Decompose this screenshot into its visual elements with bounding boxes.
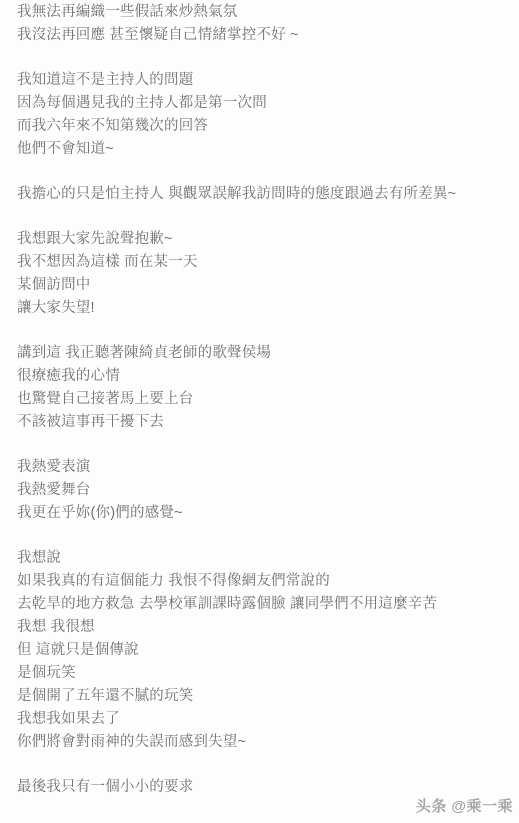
text-line: 我想跟大家先說聲抱歉~ xyxy=(17,228,509,251)
text-line: 不該被這事再干擾下去 xyxy=(17,411,509,434)
text-line: 講到這 我正聽著陳綺貞老師的歌聲侯場 xyxy=(17,342,509,365)
paragraph: 我知道這不是主持人的問題 因為每個遇見我的主持人都是第一次問 而我六年來不知第幾… xyxy=(17,69,509,161)
text-line: 他們不會知道~ xyxy=(17,138,509,161)
paragraph: 我想說 如果我真的有這個能力 我恨不得像網友們常說的 去乾旱的地方救急 去學校軍… xyxy=(17,547,509,754)
text-line: 也驚覺自己接著馬上要上台 xyxy=(17,388,509,411)
text-line: 是個開了五年還不膩的玩笑 xyxy=(17,685,509,708)
text-line: 讓大家失望! xyxy=(17,297,509,320)
text-line: 因為每個遇見我的主持人都是第一次問 xyxy=(17,92,509,115)
paragraph: 我想跟大家先說聲抱歉~ 我不想因為這樣 而在某一天 某個訪問中 讓大家失望! xyxy=(17,228,509,320)
watermark-text: 头条 @乘一乘 xyxy=(416,798,513,815)
text-line: 但 這就只是個傳說 xyxy=(17,639,509,662)
text-line: 你們將會對雨神的失誤而感到失望~ xyxy=(17,731,509,754)
post-text: 我無法再編織一些假話來炒熱氣氛 我沒法再回應 甚至懷疑自己情緒掌控不好 ~ 我知… xyxy=(0,0,519,799)
text-line: 而我六年來不知第幾次的回答 xyxy=(17,115,509,138)
text-line: 我無法再編織一些假話來炒熱氣氛 xyxy=(17,1,509,24)
text-line: 我知道這不是主持人的問題 xyxy=(17,69,509,92)
text-line: 我熱愛表演 xyxy=(17,456,509,479)
text-line: 某個訪問中 xyxy=(17,274,509,297)
text-line: 是個玩笑 xyxy=(17,662,509,685)
text-line: 我沒法再回應 甚至懷疑自己情緒掌控不好 ~ xyxy=(17,24,509,47)
text-line: 如果我真的有這個能力 我恨不得像網友們常說的 xyxy=(17,570,509,593)
watermark: 头条 @乘一乘 xyxy=(416,795,513,816)
paragraph: 我熱愛表演 我熱愛舞台 我更在乎妳(你)們的感覺~ xyxy=(17,456,509,525)
text-line: 我想說 xyxy=(17,547,509,570)
text-line: 我不想因為這樣 而在某一天 xyxy=(17,251,509,274)
paragraph: 我無法再編織一些假話來炒熱氣氛 我沒法再回應 甚至懷疑自己情緒掌控不好 ~ xyxy=(17,1,509,47)
text-line: 我熱愛舞台 xyxy=(17,479,509,502)
paragraph: 我擔心的只是怕主持人 與觀眾誤解我訪問時的態度跟過去有所差異~ xyxy=(17,183,509,206)
text-line: 我想我如果去了 xyxy=(17,708,509,731)
text-line: 我更在乎妳(你)們的感覺~ xyxy=(17,502,509,525)
text-line: 去乾旱的地方救急 去學校軍訓課時露個臉 讓同學們不用這麼辛苦 xyxy=(17,593,509,616)
text-line: 很療癒我的心情 xyxy=(17,365,509,388)
text-line: 我想 我很想 xyxy=(17,616,509,639)
paragraph: 講到這 我正聽著陳綺貞老師的歌聲侯場 很療癒我的心情 也驚覺自己接著馬上要上台 … xyxy=(17,342,509,434)
text-line: 我擔心的只是怕主持人 與觀眾誤解我訪問時的態度跟過去有所差異~ xyxy=(17,183,509,206)
